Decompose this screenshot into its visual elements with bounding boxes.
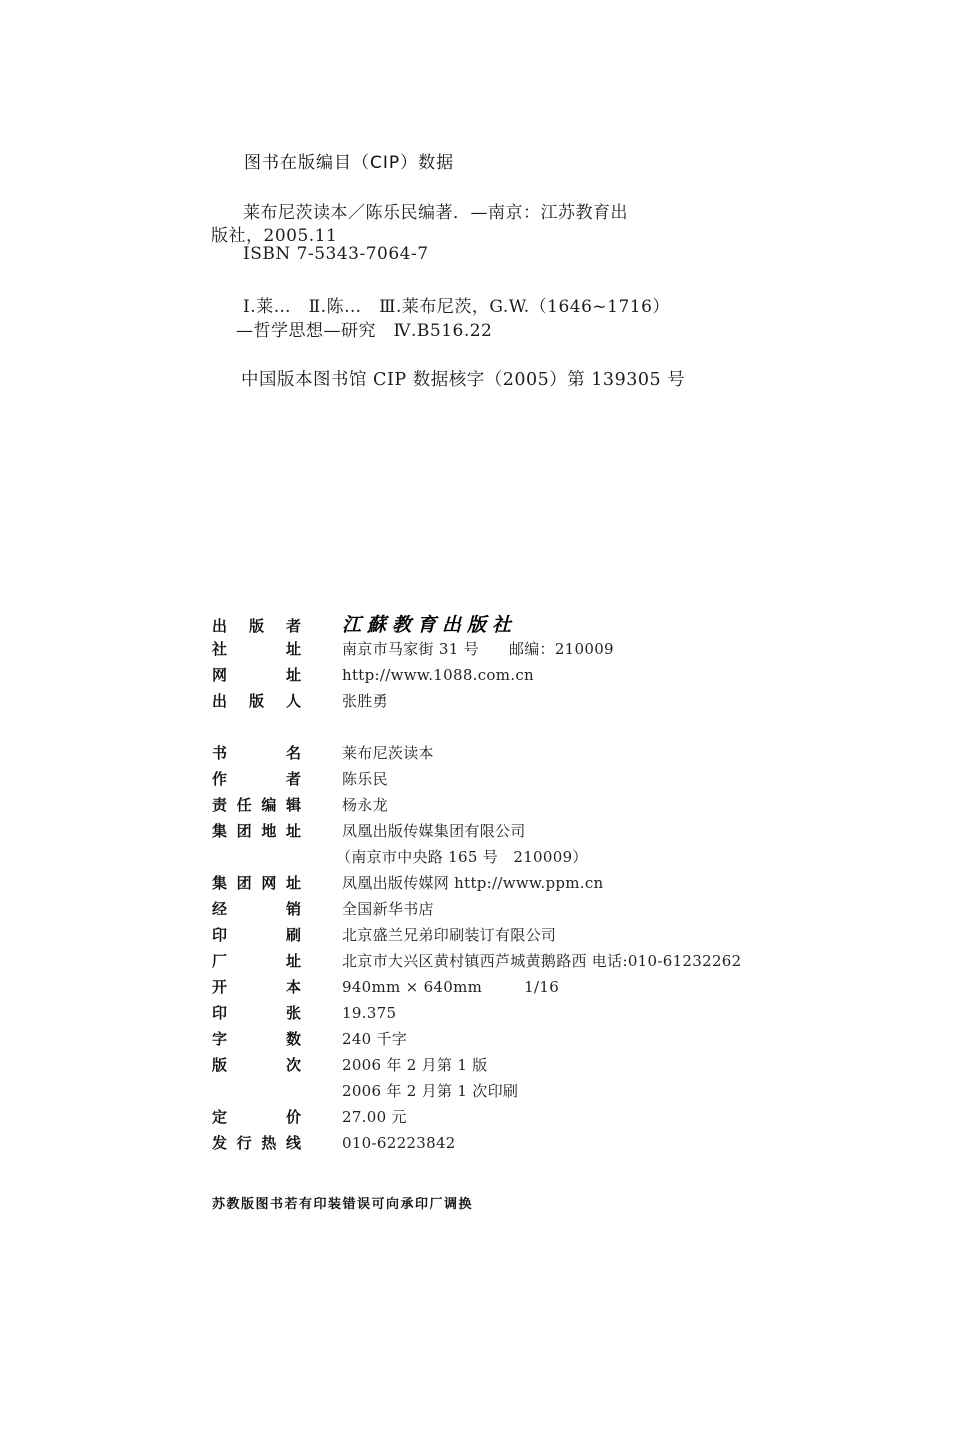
row-label: 印 张 — [212, 1002, 301, 1023]
row-value: 陈乐民 — [342, 768, 388, 789]
colophon-row-website: 网 址 http://www.1088.com.cn — [212, 664, 872, 690]
row-value: 北京盛兰兄弟印刷装订有限公司 — [342, 924, 556, 945]
row-label: 经 销 — [212, 898, 301, 919]
row-label: 出 版 者 — [212, 615, 301, 636]
colophon-row-factory-address: 厂 址 北京市大兴区黄村镇西芦城黄鹅路西 电话:010-61232262 — [212, 950, 872, 976]
row-label: 开 本 — [212, 976, 301, 997]
colophon-row-printer: 印 刷 北京盛兰兄弟印刷装订有限公司 — [212, 924, 872, 950]
colophon-table: 出 版 者 江蘇教育出版社 社 址 南京市马家街 31 号邮编：210009 网… — [212, 610, 872, 1158]
row-value: 240 千字 — [342, 1028, 407, 1049]
row-value: 杨永龙 — [342, 794, 388, 815]
row-value: 940mm × 640mm1/16 — [342, 978, 559, 996]
row-label: 责 任 编 辑 — [212, 794, 301, 815]
row-value: （南京市中央路 165 号 210009） — [336, 846, 588, 867]
row-value: 凤凰出版传媒网 http://www.ppm.cn — [342, 872, 604, 893]
cip-line-record-number: 中国版本图书馆 CIP 数据核字（2005）第 139305 号 — [241, 366, 685, 391]
colophon-row-group-address-cont: （南京市中央路 165 号 210009） — [212, 846, 872, 872]
row-label: 字 数 — [212, 1028, 301, 1049]
cip-line-title: 莱布尼茨读本／陈乐民编著．—南京：江苏教育出 — [243, 198, 628, 223]
row-label: 厂 址 — [212, 950, 301, 971]
colophon-row-publisher-person: 出 版 人 张胜勇 — [212, 690, 872, 716]
row-label: 印 刷 — [212, 924, 301, 945]
publisher-name: 江蘇教育出版社 — [342, 610, 517, 637]
colophon-row-price: 定 价 27.00 元 — [212, 1106, 872, 1132]
colophon-row-editor: 责 任 编 辑 杨永龙 — [212, 794, 872, 820]
row-label: 出 版 人 — [212, 690, 301, 711]
row-value: 全国新华书店 — [342, 898, 434, 919]
row-value: 2006 年 2 月第 1 版 — [342, 1054, 488, 1075]
cip-heading: 图书在版编目（CIP）数据 — [244, 148, 454, 173]
cip-line-isbn: ISBN 7-5343-7064-7 — [243, 244, 429, 264]
colophon-row-word-count: 字 数 240 千字 — [212, 1028, 872, 1054]
row-label: 定 价 — [212, 1106, 301, 1127]
row-label: 集 团 地 址 — [212, 820, 301, 841]
row-value: 凤凰出版传媒集团有限公司 — [342, 820, 526, 841]
row-label: 书 名 — [212, 742, 301, 763]
postal-code: 邮编：210009 — [509, 640, 614, 658]
colophon-row-format: 开 本 940mm × 640mm1/16 — [212, 976, 872, 1002]
publisher-website: http://www.1088.com.cn — [342, 666, 534, 684]
colophon-row-group-website: 集 团 网 址 凤凰出版传媒网 http://www.ppm.cn — [212, 872, 872, 898]
row-value: 19.375 — [342, 1004, 396, 1022]
cip-line-classification: —哲学思想—研究 Ⅳ.B516.22 — [236, 316, 492, 341]
row-value: 27.00 元 — [342, 1106, 407, 1127]
colophon-row-hotline: 发 行 热 线 010-62223842 — [212, 1132, 872, 1158]
colophon-row-author: 作 者 陈乐民 — [212, 768, 872, 794]
colophon-row-publisher: 出 版 者 江蘇教育出版社 — [212, 610, 872, 638]
row-value: 北京市大兴区黄村镇西芦城黄鹅路西 电话:010-61232262 — [342, 950, 741, 971]
footer-note: 苏教版图书若有印装错误可向承印厂调换 — [212, 1193, 473, 1212]
colophon-row-address: 社 址 南京市马家街 31 号邮编：210009 — [212, 638, 872, 664]
row-label: 发 行 热 线 — [212, 1132, 301, 1153]
row-label: 集 团 网 址 — [212, 872, 301, 893]
cip-line-publisher-date: 版社，2005.11 — [211, 221, 337, 246]
colophon-row-sheets: 印 张 19.375 — [212, 1002, 872, 1028]
row-value: 南京市马家街 31 号邮编：210009 — [342, 638, 614, 659]
colophon-row-printing: 2006 年 2 月第 1 次印刷 — [212, 1080, 872, 1106]
row-value: 2006 年 2 月第 1 次印刷 — [342, 1080, 518, 1101]
row-label: 网 址 — [212, 664, 301, 685]
colophon-row-group-address: 集 团 地 址 凤凰出版传媒集团有限公司 — [212, 820, 872, 846]
row-label: 社 址 — [212, 638, 301, 659]
row-label: 版 次 — [212, 1054, 301, 1075]
cip-line-subjects: Ⅰ.莱… Ⅱ.陈… Ⅲ.莱布尼茨，G.W.（1646~1716） — [243, 292, 670, 317]
colophon-row-edition: 版 次 2006 年 2 月第 1 版 — [212, 1054, 872, 1080]
row-value: 张胜勇 — [342, 690, 388, 711]
colophon-row-distributor: 经 销 全国新华书店 — [212, 898, 872, 924]
row-value: 010-62223842 — [342, 1134, 456, 1152]
row-label: 作 者 — [212, 768, 301, 789]
colophon-row-book-title: 书 名 莱布尼茨读本 — [212, 742, 872, 768]
row-value: 莱布尼茨读本 — [342, 742, 434, 763]
